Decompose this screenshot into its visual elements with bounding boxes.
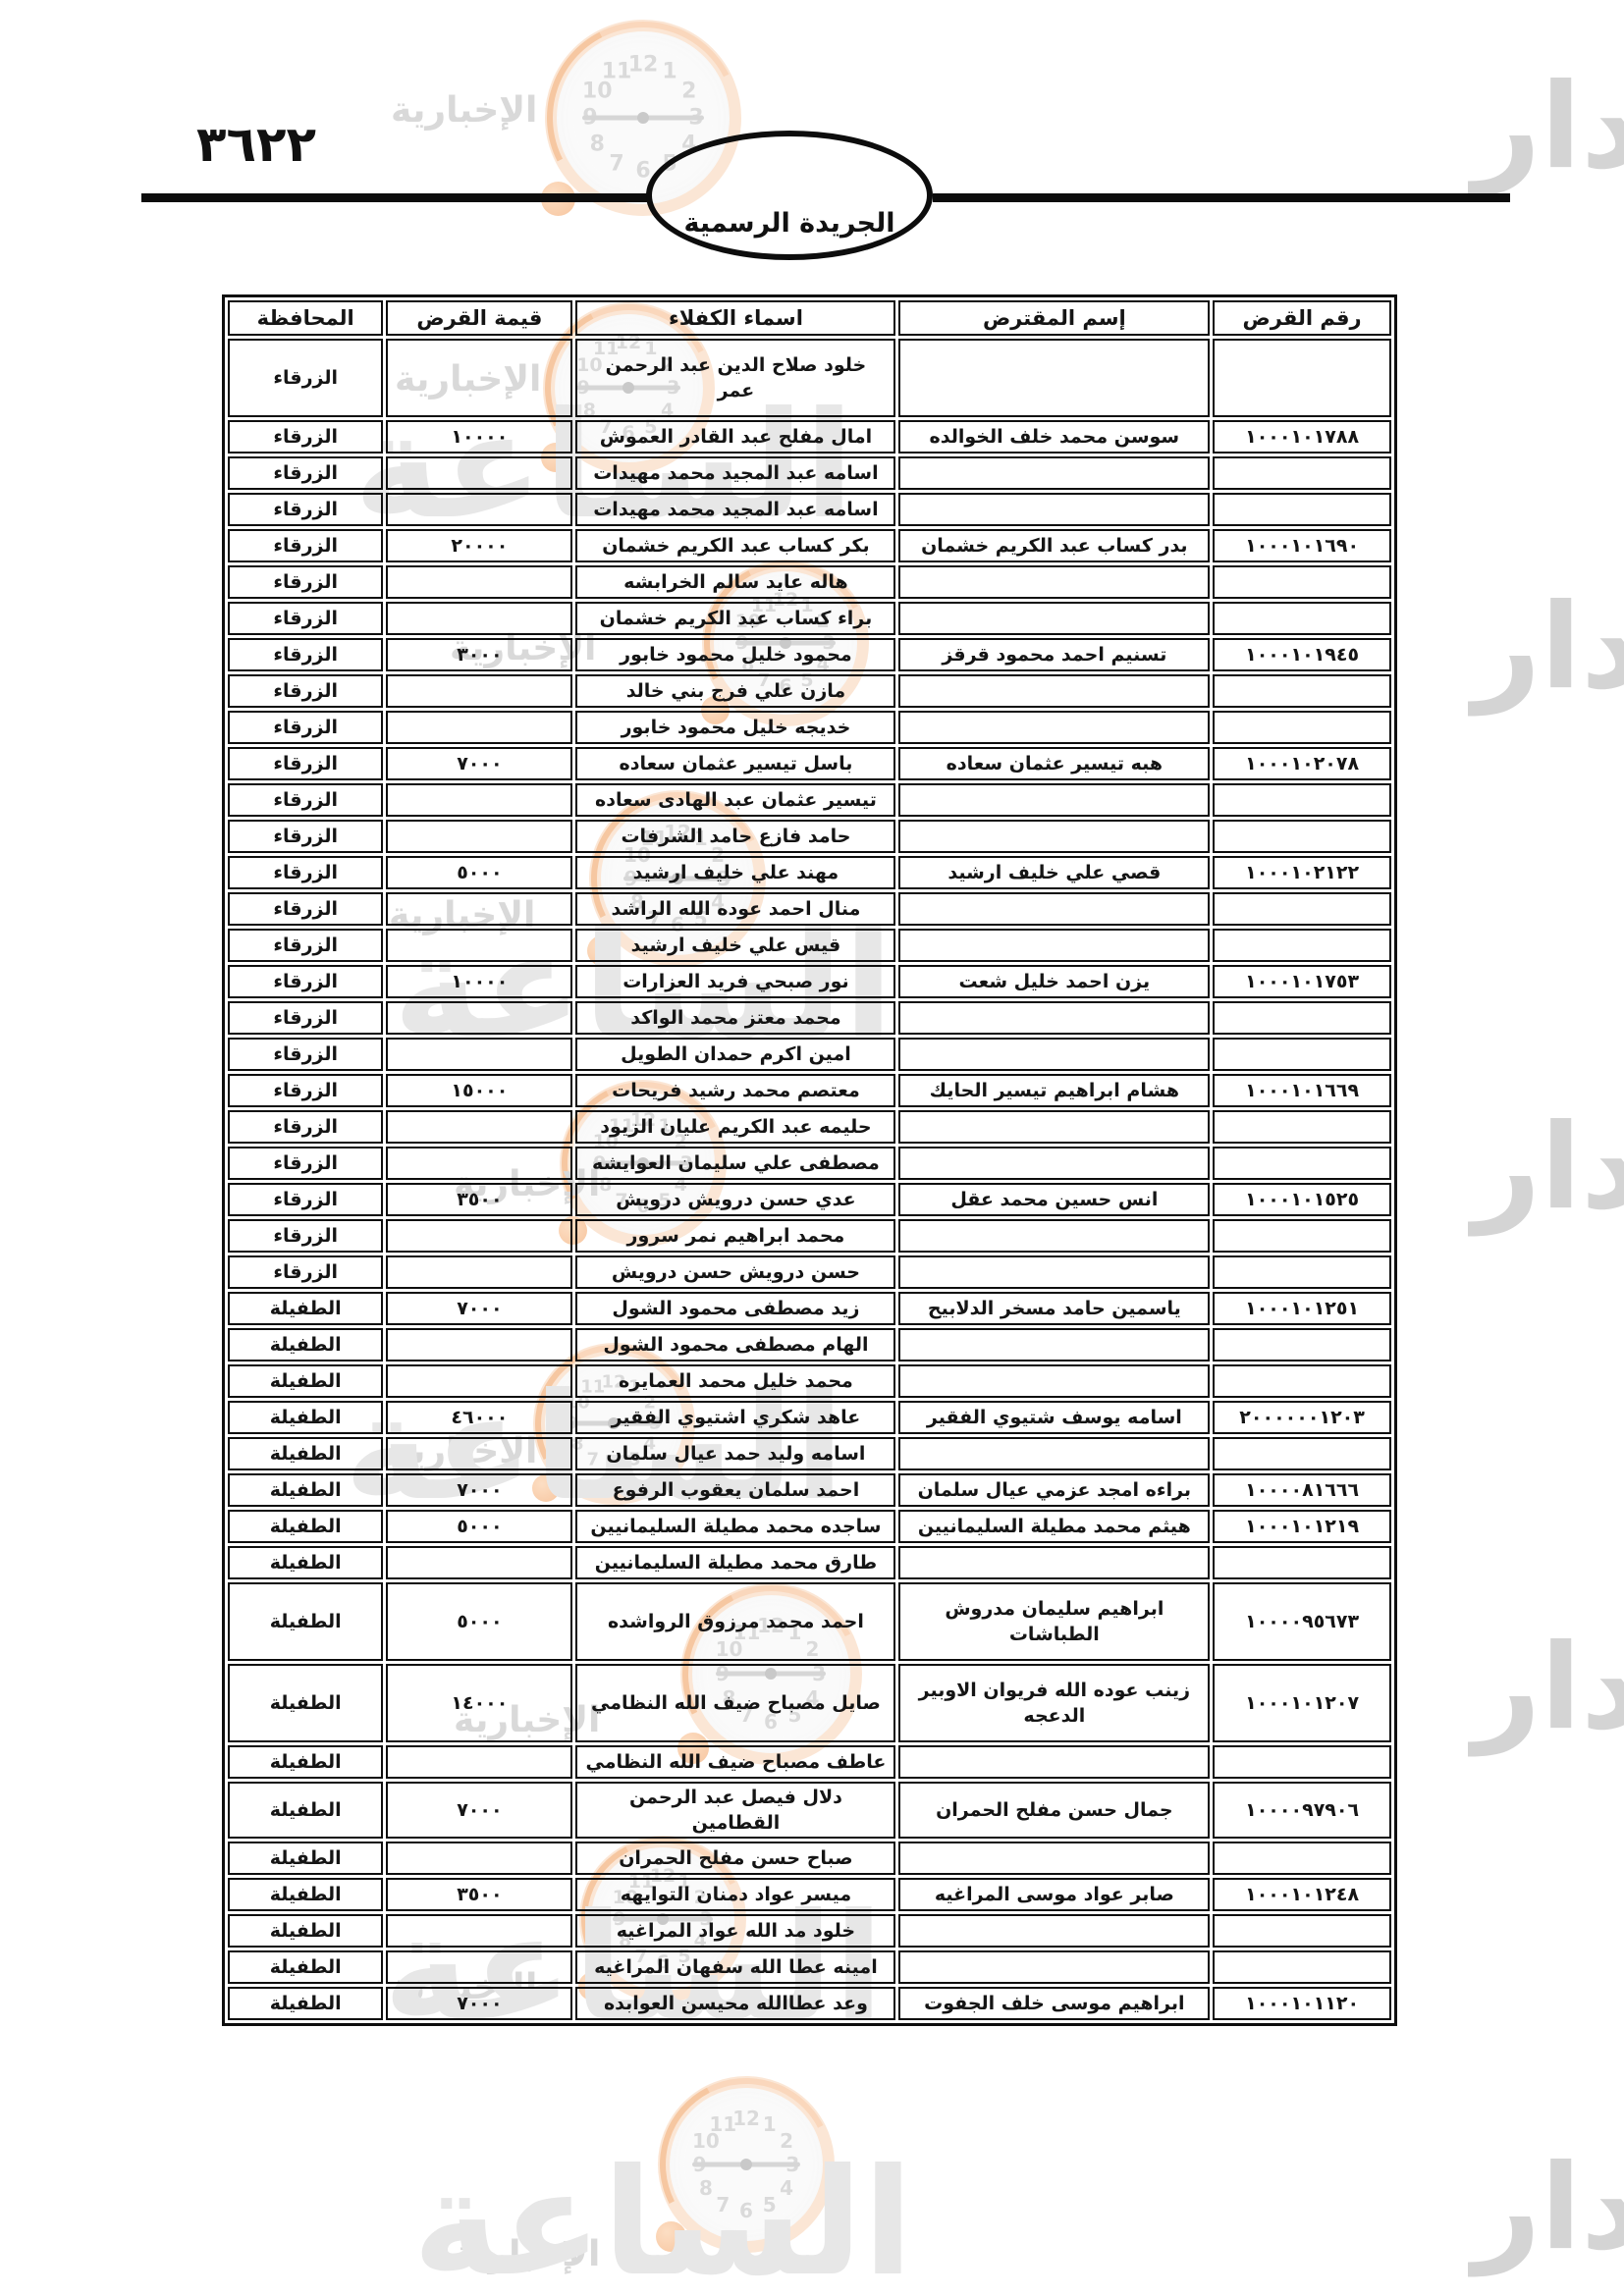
borrower-cell	[898, 929, 1210, 962]
governorate-cell: الزرقاء	[228, 1038, 383, 1071]
loan-number-cell	[1213, 1328, 1391, 1362]
borrower-cell	[898, 1546, 1210, 1579]
governorate-cell: الطفيلة	[228, 1510, 383, 1543]
guarantor-cell: بكر كساب عبد الكريم خشمان	[575, 529, 895, 562]
guarantor-cell: حسن درويش حسن درويش	[575, 1255, 895, 1289]
governorate-cell: الطفيلة	[228, 1292, 383, 1325]
clock-number: 11	[602, 60, 632, 84]
borrower-cell: بدر كساب عبد الكريم خشمان	[898, 529, 1210, 562]
loan-number-cell	[1213, 929, 1391, 962]
table-row: هاله عايد سالم الخرابشه الزرقاء	[228, 565, 1391, 599]
clock-number: 6	[739, 2199, 753, 2222]
table-row: ١٠٠٠٠٨١٦٦٦ براءه امجد عزمي عيال سلمان اح…	[228, 1473, 1391, 1507]
amount-cell	[386, 565, 572, 599]
clock-number: 6	[635, 159, 650, 184]
loan-number-cell	[1213, 1255, 1391, 1289]
borrower-cell: جمال حسن مفلح الحمران	[898, 1782, 1210, 1839]
table-row: اسامه وليد حمد عيال سلمان الطفيلة	[228, 1437, 1391, 1470]
guarantor-cell: معتصم محمد رشيد فريحات	[575, 1074, 895, 1107]
amount-cell	[386, 1001, 572, 1035]
loan-number-cell	[1213, 892, 1391, 926]
guarantor-cell: تيسير عثمان عبد الهادى سعاده	[575, 783, 895, 817]
borrower-cell	[898, 339, 1210, 417]
borrower-cell	[898, 711, 1210, 744]
loan-number-cell	[1213, 711, 1391, 744]
loan-number-cell	[1213, 783, 1391, 817]
guarantor-cell: منال احمد عوده الله الراشد	[575, 892, 895, 926]
borrower-cell: ابراهيم موسى خلف الجفوت	[898, 1987, 1210, 2020]
table-row: مصطفى علي سليمان العوايشه الزرقاء	[228, 1147, 1391, 1180]
borrower-cell	[898, 892, 1210, 926]
borrower-cell	[898, 674, 1210, 708]
governorate-cell: الزرقاء	[228, 638, 383, 671]
loan-number-cell: ١٠٠٠١٠١٧٨٨	[1213, 420, 1391, 454]
table-row: براء كساب عبد الكريم خشمان الزرقاء	[228, 602, 1391, 635]
borrower-cell	[898, 1038, 1210, 1071]
clock-number: 5	[763, 2193, 777, 2216]
amount-cell	[386, 456, 572, 490]
governorate-cell: الطفيلة	[228, 1842, 383, 1875]
loan-number-cell	[1213, 1219, 1391, 1253]
amount-cell: ٢٠٠٠٠	[386, 529, 572, 562]
clock-hands	[692, 2163, 799, 2167]
guarantor-cell: عاطف مصباح ضيف الله النظامي	[575, 1745, 895, 1779]
amount-cell: ٧٠٠٠	[386, 747, 572, 780]
governorate-cell: الزرقاء	[228, 339, 383, 417]
guarantor-cell: محمد خليل محمد العمايره	[575, 1364, 895, 1398]
guarantor-cell: خديجه خليل محمود خابور	[575, 711, 895, 744]
borrower-cell: ياسمين حامد مسخر الدلابيح	[898, 1292, 1210, 1325]
guarantor-cell: اسامه وليد حمد عيال سلمان	[575, 1437, 895, 1470]
borrower-cell	[898, 1110, 1210, 1144]
clock-number: 10	[582, 80, 613, 104]
borrower-cell: هشام ابراهيم تيسير الحايك	[898, 1074, 1210, 1107]
loan-number-cell	[1213, 1745, 1391, 1779]
amount-cell: ٣٠٠٠	[386, 638, 572, 671]
borrower-cell: ابراهيم سليمان مدروش الطباشات	[898, 1582, 1210, 1661]
borrower-cell	[898, 565, 1210, 599]
borrower-cell	[898, 1914, 1210, 1948]
amount-cell	[386, 1219, 572, 1253]
table-row: ٢٠٠٠٠٠٠١٢٠٣ اسامه يوسف شتيوي الفقير عاهد…	[228, 1401, 1391, 1434]
governorate-cell: الزرقاء	[228, 493, 383, 526]
loan-number-cell	[1213, 1842, 1391, 1875]
table-row: ١٠٠٠١٠١٢٤٨ صابر عواد موسى المراغيه ميسر …	[228, 1878, 1391, 1911]
amount-cell	[386, 1546, 572, 1579]
guarantor-cell: حليمه عبد الكريم عليان الزيود	[575, 1110, 895, 1144]
governorate-cell: الزرقاء	[228, 1110, 383, 1144]
header-guarantors: اسماء الكفلاء	[575, 300, 895, 336]
table-row: حامد فازع حامد الشرفات الزرقاء	[228, 820, 1391, 853]
governorate-cell: الطفيلة	[228, 1950, 383, 1984]
table-row: اسامه عبد المجيد محمد مهيدات الزرقاء	[228, 456, 1391, 490]
amount-cell: ٧٠٠٠	[386, 1782, 572, 1839]
guarantor-cell: عدي حسن درويش درويش	[575, 1183, 895, 1216]
table-row: امين اكرم حمدان الطويل الزرقاء	[228, 1038, 1391, 1071]
governorate-cell: الزرقاء	[228, 747, 383, 780]
gazette-oval-badge: الجريدة الرسمية	[646, 131, 933, 260]
amount-cell	[386, 1147, 572, 1180]
guarantor-cell: امال مفلح عبد القادر العموش	[575, 420, 895, 454]
guarantor-cell: امين اكرم حمدان الطويل	[575, 1038, 895, 1071]
guarantor-cell: هاله عايد سالم الخرابشه	[575, 565, 895, 599]
guarantor-cell: صايل مصباح ضيف الله النظامي	[575, 1664, 895, 1742]
loan-number-cell	[1213, 1914, 1391, 1948]
table-row: الهام مصطفى محمود الشول الطفيلة	[228, 1328, 1391, 1362]
governorate-cell: الطفيلة	[228, 1546, 383, 1579]
amount-cell: ٤٦٠٠٠	[386, 1401, 572, 1434]
amount-cell	[386, 674, 572, 708]
table-row: عاطف مصباح ضيف الله النظامي الطفيلة	[228, 1745, 1391, 1779]
governorate-cell: الزرقاء	[228, 965, 383, 998]
table-row: ١٠٠٠١٠١٢٥١ ياسمين حامد مسخر الدلابيح زيد…	[228, 1292, 1391, 1325]
header-borrower: إسم المقترض	[898, 300, 1210, 336]
amount-cell	[386, 1914, 572, 1948]
header-rule-left	[141, 193, 648, 202]
guarantor-cell: احمد سلمان يعقوب الرفوع	[575, 1473, 895, 1507]
guarantor-cell: حامد فازع حامد الشرفات	[575, 820, 895, 853]
loan-number-cell	[1213, 674, 1391, 708]
guarantor-cell: زيد مصطفى محمود الشول	[575, 1292, 895, 1325]
borrower-cell: سوسن محمد خلف الخوالده	[898, 420, 1210, 454]
amount-cell	[386, 929, 572, 962]
amount-cell: ١٥٠٠٠	[386, 1074, 572, 1107]
clock-number: 1	[763, 2112, 777, 2136]
governorate-cell: الزرقاء	[228, 929, 383, 962]
table-row: ١٠٠٠١٠١١٢٠ ابراهيم موسى خلف الجفوت وعد ع…	[228, 1987, 1391, 2020]
amount-cell	[386, 1842, 572, 1875]
governorate-cell: الزرقاء	[228, 1183, 383, 1216]
guarantor-cell: الهام مصطفى محمود الشول	[575, 1328, 895, 1362]
borrower-cell: براءه امجد عزمي عيال سلمان	[898, 1473, 1210, 1507]
clock-watermark-icon: 121234567891011	[658, 2076, 835, 2253]
table-row: منال احمد عوده الله الراشد الزرقاء	[228, 892, 1391, 926]
header-governorate: المحافظة	[228, 300, 383, 336]
table-row: ١٠٠٠٠٩٧٩٠٦ جمال حسن مفلح الحمران دلال في…	[228, 1782, 1391, 1839]
borrower-cell: هيثم محمد مطيلة السليمانيين	[898, 1510, 1210, 1543]
borrower-cell	[898, 1328, 1210, 1362]
governorate-cell: الزرقاء	[228, 565, 383, 599]
brand-watermark-side: مدار	[1473, 2150, 1624, 2268]
brand-watermark-large: الساعة	[412, 2150, 913, 2296]
borrower-cell	[898, 820, 1210, 853]
clock-number: 1	[662, 60, 677, 84]
borrower-cell	[898, 1364, 1210, 1398]
header-rule-right	[933, 193, 1510, 202]
clock-number: 8	[699, 2176, 713, 2200]
clock-number: 7	[716, 2193, 730, 2216]
governorate-cell: الطفيلة	[228, 1328, 383, 1362]
borrower-cell	[898, 1842, 1210, 1875]
table-row: خلود مد الله عواد المراغيه الطفيلة	[228, 1914, 1391, 1948]
loan-number-cell: ١٠٠٠٠٩٥٦٧٣	[1213, 1582, 1391, 1661]
amount-cell	[386, 493, 572, 526]
governorate-cell: الزرقاء	[228, 1219, 383, 1253]
borrower-cell: تسنيم احمد محمود قرقز	[898, 638, 1210, 671]
amount-cell: ٥٠٠٠	[386, 856, 572, 889]
borrower-cell: يزن احمد خليل شعت	[898, 965, 1210, 998]
amount-cell: ١٤٠٠٠	[386, 1664, 572, 1742]
brand-watermark-side: مدار	[1473, 1109, 1624, 1227]
amount-cell	[386, 783, 572, 817]
header-amount: قيمة القرض	[386, 300, 572, 336]
header-loan-number: رقم القرض	[1213, 300, 1391, 336]
clock-number: 12	[732, 2107, 760, 2130]
loan-table-body: خلود صلاح الدين عبد الرحمن عمر الزرقاء ١…	[228, 339, 1391, 2020]
loan-number-cell: ١٠٠٠١٠١٢١٩	[1213, 1510, 1391, 1543]
borrower-cell	[898, 1001, 1210, 1035]
borrower-cell	[898, 1147, 1210, 1180]
governorate-cell: الزرقاء	[228, 820, 383, 853]
amount-cell: ٣٥٠٠	[386, 1183, 572, 1216]
clock-number: 11	[709, 2112, 736, 2136]
guarantor-cell: اسامه عبد المجيد محمد مهيدات	[575, 493, 895, 526]
governorate-cell: الطفيلة	[228, 1582, 383, 1661]
table-row: ١٠٠٠١٠١٢١٩ هيثم محمد مطيلة السليمانيين س…	[228, 1510, 1391, 1543]
brand-watermark-small: الإخبارية	[391, 90, 537, 131]
amount-cell	[386, 1437, 572, 1470]
loan-number-cell: ١٠٠٠١٠١٢٠٧	[1213, 1664, 1391, 1742]
loan-number-cell: ١٠٠٠٠٨١٦٦٦	[1213, 1473, 1391, 1507]
loan-number-cell: ١٠٠٠١٠١٩٤٥	[1213, 638, 1391, 671]
clock-number: 9	[693, 2153, 707, 2176]
loan-number-cell	[1213, 1364, 1391, 1398]
borrower-cell: صابر عواد موسى المراغيه	[898, 1878, 1210, 1911]
clock-number: 2	[780, 2129, 793, 2153]
clock-number: 3	[688, 106, 703, 131]
loan-number-cell	[1213, 1437, 1391, 1470]
loan-number-cell	[1213, 820, 1391, 853]
table-row: حسن درويش حسن درويش الزرقاء	[228, 1255, 1391, 1289]
clock-number: 4	[780, 2176, 793, 2200]
borrower-cell: زينب عوده الله فريوان الاوبير الدعجه	[898, 1664, 1210, 1742]
table-row: محمد ابراهيم نمر سرور الزرقاء	[228, 1219, 1391, 1253]
borrower-cell	[898, 1255, 1210, 1289]
governorate-cell: الطفيلة	[228, 1664, 383, 1742]
guarantor-cell: ساجده محمد مطيلة السليمانيين	[575, 1510, 895, 1543]
amount-cell	[386, 711, 572, 744]
governorate-cell: الزرقاء	[228, 674, 383, 708]
amount-cell: ١٠٠٠٠	[386, 420, 572, 454]
guarantor-cell: محمود خليل محمود خابور	[575, 638, 895, 671]
governorate-cell: الطفيلة	[228, 1437, 383, 1470]
loan-number-cell	[1213, 1950, 1391, 1984]
brand-watermark-side: مدار	[1473, 589, 1624, 707]
governorate-cell: الزرقاء	[228, 456, 383, 490]
governorate-cell: الزرقاء	[228, 1255, 383, 1289]
loan-number-cell: ١٠٠٠١٠١٦٩٠	[1213, 529, 1391, 562]
amount-cell	[386, 1950, 572, 1984]
table-row: طارق محمد مطيلة السليمانيين الطفيلة	[228, 1546, 1391, 1579]
borrower-cell	[898, 456, 1210, 490]
table-row: صباح حسن مفلح الحمران الطفيلة	[228, 1842, 1391, 1875]
amount-cell	[386, 1364, 572, 1398]
guarantor-cell: احمد محمد مرزوق الرواشده	[575, 1582, 895, 1661]
clock-number: 10	[692, 2129, 720, 2153]
clock-number: 7	[609, 151, 623, 176]
loan-number-cell: ١٠٠٠١٠١٦٦٩	[1213, 1074, 1391, 1107]
table-row: ١٠٠٠١٠١٦٩٠ بدر كساب عبد الكريم خشمان بكر…	[228, 529, 1391, 562]
governorate-cell: الزرقاء	[228, 1074, 383, 1107]
governorate-cell: الزرقاء	[228, 856, 383, 889]
governorate-cell: الزرقاء	[228, 892, 383, 926]
table-row: ١٠٠٠٠٩٥٦٧٣ ابراهيم سليمان مدروش الطباشات…	[228, 1582, 1391, 1661]
borrower-cell: هبه تيسير عثمان سعاده	[898, 747, 1210, 780]
table-row: اسامه عبد المجيد محمد مهيدات الزرقاء	[228, 493, 1391, 526]
guarantor-cell: اسامه عبد المجيد محمد مهيدات	[575, 456, 895, 490]
table-row: قيس علي خليف ارشيد الزرقاء	[228, 929, 1391, 962]
table-row: ١٠٠٠١٠٢١٢٢ قصي علي خليف ارشيد مهند علي خ…	[228, 856, 1391, 889]
amount-cell: ٧٠٠٠	[386, 1473, 572, 1507]
amount-cell: ٧٠٠٠	[386, 1987, 572, 2020]
loan-number-cell	[1213, 1546, 1391, 1579]
clock-number: 9	[582, 106, 597, 131]
table-row: محمد خليل محمد العمايره الطفيلة	[228, 1364, 1391, 1398]
guarantor-cell: محمد ابراهيم نمر سرور	[575, 1219, 895, 1253]
borrower-cell	[898, 1437, 1210, 1470]
brand-watermark-side: مدار	[1473, 1629, 1624, 1747]
borrower-cell	[898, 1950, 1210, 1984]
loan-number-cell: ١٠٠٠١٠٢٠٧٨	[1213, 747, 1391, 780]
clock-number: 8	[590, 133, 605, 157]
table-row: ١٠٠٠١٠١٥٢٥ انس حسين محمد عقل عدي حسن درو…	[228, 1183, 1391, 1216]
loan-number-cell: ١٠٠٠١٠١١٢٠	[1213, 1987, 1391, 2020]
borrower-cell: قصي علي خليف ارشيد	[898, 856, 1210, 889]
amount-cell	[386, 602, 572, 635]
guarantor-cell: قيس علي خليف ارشيد	[575, 929, 895, 962]
brand-watermark-small: الإخبارية	[454, 2234, 600, 2274]
table-row: خلود صلاح الدين عبد الرحمن عمر الزرقاء	[228, 339, 1391, 417]
amount-cell	[386, 1038, 572, 1071]
table-row: ١٠٠٠١٠١٧٥٣ يزن احمد خليل شعت نور صبحي فر…	[228, 965, 1391, 998]
guarantor-cell: امينه عطا الله سفهان المراغيه	[575, 1950, 895, 1984]
loan-number-cell	[1213, 456, 1391, 490]
loan-number-cell	[1213, 565, 1391, 599]
amount-cell	[386, 339, 572, 417]
loan-number-cell: ١٠٠٠١٠١٢٤٨	[1213, 1878, 1391, 1911]
table-header-row: رقم القرض إسم المقترض اسماء الكفلاء قيمة…	[228, 300, 1391, 336]
loan-number-cell: ١٠٠٠١٠١٥٢٥	[1213, 1183, 1391, 1216]
governorate-cell: الطفيلة	[228, 1745, 383, 1779]
table-row: محمد معتز محمد الواكد الزرقاء	[228, 1001, 1391, 1035]
borrower-cell	[898, 493, 1210, 526]
governorate-cell: الطفيلة	[228, 1782, 383, 1839]
loan-table: رقم القرض إسم المقترض اسماء الكفلاء قيمة…	[222, 294, 1397, 2026]
guarantor-cell: خلود صلاح الدين عبد الرحمن عمر	[575, 339, 895, 417]
governorate-cell: الزرقاء	[228, 420, 383, 454]
loan-number-cell	[1213, 1001, 1391, 1035]
guarantor-cell: صباح حسن مفلح الحمران	[575, 1842, 895, 1875]
guarantor-cell: طارق محمد مطيلة السليمانيين	[575, 1546, 895, 1579]
guarantor-cell: محمد معتز محمد الواكد	[575, 1001, 895, 1035]
table-row: ١٠٠٠١٠١٩٤٥ تسنيم احمد محمود قرقز محمود خ…	[228, 638, 1391, 671]
guarantor-cell: عاهد شكري اشتيوي الفقير	[575, 1401, 895, 1434]
governorate-cell: الزرقاء	[228, 529, 383, 562]
brand-watermark-side: مدار	[1473, 69, 1624, 187]
loan-number-cell	[1213, 1147, 1391, 1180]
loan-number-cell	[1213, 1038, 1391, 1071]
loan-number-cell	[1213, 339, 1391, 417]
clock-center-dot	[740, 2159, 752, 2170]
table-row: ١٠٠٠١٠١٢٠٧ زينب عوده الله فريوان الاوبير…	[228, 1664, 1391, 1742]
amount-cell: ٥٠٠٠	[386, 1510, 572, 1543]
amount-cell	[386, 1255, 572, 1289]
loan-number-cell: ١٠٠٠٠٩٧٩٠٦	[1213, 1782, 1391, 1839]
governorate-cell: الطفيلة	[228, 1473, 383, 1507]
governorate-cell: الزرقاء	[228, 1147, 383, 1180]
loan-number-cell: ١٠٠٠١٠١٧٥٣	[1213, 965, 1391, 998]
borrower-cell	[898, 1745, 1210, 1779]
clock-hands	[582, 116, 703, 121]
table-row: مازن علي فرج بني خالد الزرقاء	[228, 674, 1391, 708]
clock-number: 12	[628, 53, 659, 78]
loan-number-cell: ١٠٠٠١٠١٢٥١	[1213, 1292, 1391, 1325]
borrower-cell	[898, 602, 1210, 635]
guarantor-cell: براء كساب عبد الكريم خشمان	[575, 602, 895, 635]
governorate-cell: الطفيلة	[228, 1987, 383, 2020]
amount-cell	[386, 892, 572, 926]
governorate-cell: الزرقاء	[228, 783, 383, 817]
loan-number-cell: ٢٠٠٠٠٠٠١٢٠٣	[1213, 1401, 1391, 1434]
guarantor-cell: باسل تيسير عثمان سعاده	[575, 747, 895, 780]
governorate-cell: الطفيلة	[228, 1914, 383, 1948]
clock-number: 3	[785, 2153, 799, 2176]
governorate-cell: الزرقاء	[228, 1001, 383, 1035]
guarantor-cell: وعد عطاالله محيسن العوابده	[575, 1987, 895, 2020]
guarantor-cell: دلال فيصل عبد الرحمن القطامين	[575, 1782, 895, 1839]
table-row: خديجه خليل محمود خابور الزرقاء	[228, 711, 1391, 744]
table-row: حليمه عبد الكريم عليان الزيود الزرقاء	[228, 1110, 1391, 1144]
guarantor-cell: مازن علي فرج بني خالد	[575, 674, 895, 708]
page-number: ٣٦٢٢	[196, 116, 316, 173]
amount-cell: ٣٥٠٠	[386, 1878, 572, 1911]
loan-number-cell	[1213, 493, 1391, 526]
amount-cell	[386, 1110, 572, 1144]
amount-cell	[386, 820, 572, 853]
governorate-cell: الزرقاء	[228, 711, 383, 744]
table-row: تيسير عثمان عبد الهادى سعاده الزرقاء	[228, 783, 1391, 817]
amount-cell: ١٠٠٠٠	[386, 965, 572, 998]
table-row: ١٠٠٠١٠١٧٨٨ سوسن محمد خلف الخوالده امال م…	[228, 420, 1391, 454]
clock-center-dot	[637, 112, 649, 124]
clock-number: 2	[681, 80, 696, 104]
governorate-cell: الطفيلة	[228, 1401, 383, 1434]
borrower-cell: انس حسين محمد عقل	[898, 1183, 1210, 1216]
governorate-cell: الزرقاء	[228, 602, 383, 635]
borrower-cell	[898, 1219, 1210, 1253]
governorate-cell: الطفيلة	[228, 1364, 383, 1398]
guarantor-cell: نور صبحي فريد العزارات	[575, 965, 895, 998]
governorate-cell: الطفيلة	[228, 1878, 383, 1911]
gazette-badge-label: الجريدة الرسمية	[684, 208, 895, 239]
table-row: امينه عطا الله سفهان المراغيه الطفيلة	[228, 1950, 1391, 1984]
guarantor-cell: مصطفى علي سليمان العوايشه	[575, 1147, 895, 1180]
loan-number-cell	[1213, 1110, 1391, 1144]
guarantor-cell: مهند علي خليف ارشيد	[575, 856, 895, 889]
table-row: ١٠٠٠١٠٢٠٧٨ هبه تيسير عثمان سعاده باسل تي…	[228, 747, 1391, 780]
loan-number-cell	[1213, 602, 1391, 635]
guarantor-cell: ميسر عواد دمنان التوايهه	[575, 1878, 895, 1911]
gazette-page: 1212345678910111212345678910111212345678…	[0, 0, 1624, 2296]
borrower-cell: اسامه يوسف شتيوي الفقير	[898, 1401, 1210, 1434]
loan-number-cell: ١٠٠٠١٠٢١٢٢	[1213, 856, 1391, 889]
amount-cell	[386, 1328, 572, 1362]
amount-cell	[386, 1745, 572, 1779]
amount-cell: ٧٠٠٠	[386, 1292, 572, 1325]
table-row: ١٠٠٠١٠١٦٦٩ هشام ابراهيم تيسير الحايك معت…	[228, 1074, 1391, 1107]
amount-cell: ٥٠٠٠	[386, 1582, 572, 1661]
borrower-cell	[898, 783, 1210, 817]
